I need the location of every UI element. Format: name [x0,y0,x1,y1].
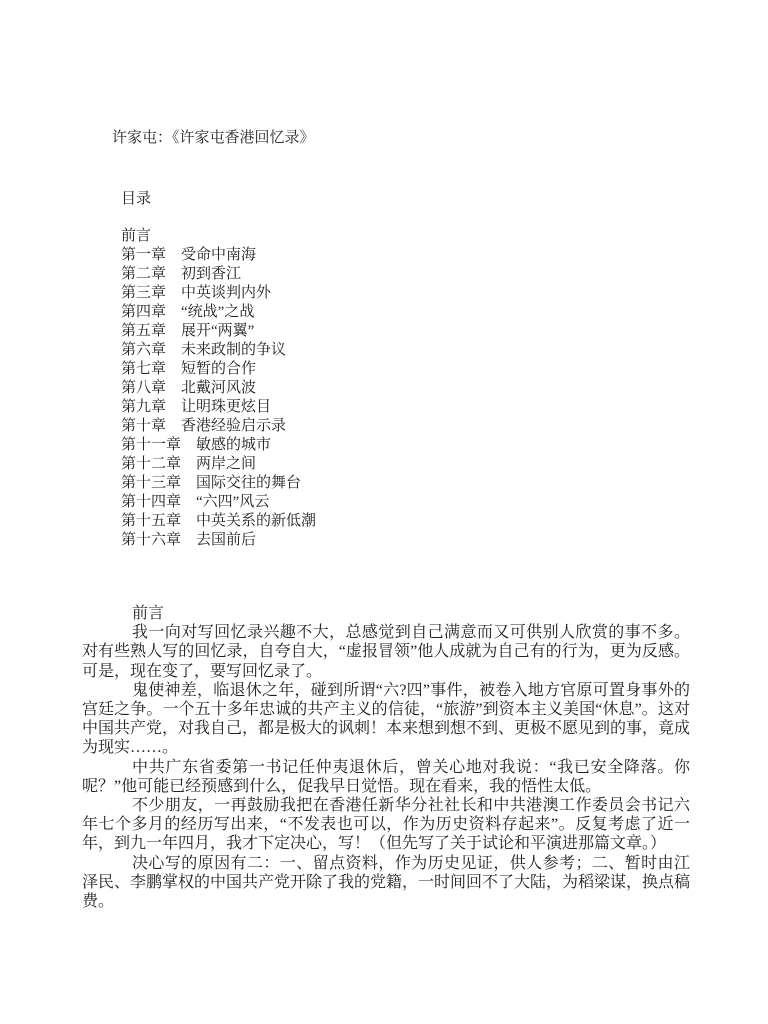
toc-item: 第二章 初到香江 [121,265,316,284]
toc-item: 第十四章 “六四”风云 [121,493,316,512]
preface-paragraphs: 我一向对写回忆录兴趣不大，总感觉到自己满意而又可供别人欣赏的事不多。对有些熟人写… [82,623,690,911]
toc-item: 第四章 “统战”之战 [121,303,316,322]
toc-item: 第七章 短暂的合作 [121,360,316,379]
toc-item: 第十三章 国际交往的舞台 [121,474,316,493]
toc-item: 第九章 让明珠更炫目 [121,398,316,417]
toc-item: 第三章 中英谈判内外 [121,284,316,303]
preface-paragraph: 我一向对写回忆录兴趣不大，总感觉到自己满意而又可供别人欣赏的事不多。对有些熟人写… [82,623,690,681]
toc-item: 第十一章 敏感的城市 [121,436,316,455]
toc-heading: 目录 [121,190,151,209]
toc-item: 第八章 北戴河风波 [121,379,316,398]
toc-item: 第六章 未来政制的争议 [121,341,316,360]
toc-item: 第十六章 去国前后 [121,531,316,550]
preface-paragraph: 不少朋友，一再鼓励我把在香港任新华分社社长和中共港澳工作委员会书记六年七个多月的… [82,796,690,854]
preface-paragraph: 决心写的原因有二：一、留点资料，作为历史见证，供人参考；二、暂时由江泽民、李鹏掌… [82,854,690,912]
preface-paragraph: 鬼使神差，临退休之年，碰到所谓“六?四”事件，被卷入地方官原可置身事外的宫廷之争… [82,681,690,758]
toc-item: 前言 [121,227,316,246]
toc-item: 第一章 受命中南海 [121,246,316,265]
preface-heading: 前言 [82,604,690,623]
toc-item: 第五章 展开“两翼” [121,322,316,341]
document-title: 许家屯：《许家屯香港回忆录》 [112,129,315,148]
toc-item: 第十五章 中英关系的新低潮 [121,512,316,531]
toc-list: 前言 第一章 受命中南海 第二章 初到香江 第三章 中英谈判内外 第四章 “统战… [121,227,316,550]
toc-item: 第十二章 两岸之间 [121,455,316,474]
memoir-document-page: 许家屯：《许家屯香港回忆录》 目录 前言 第一章 受命中南海 第二章 初到香江 … [0,0,768,1024]
preface-paragraph: 中共广东省委第一书记任仲夷退休后，曾关心地对我说：“我已安全降落。你呢？”他可能… [82,758,690,796]
toc-item: 第十章 香港经验启示录 [121,417,316,436]
document-viewer-page: { "document": { "title": "许家屯：《许家屯香港回忆录》… [0,0,768,1024]
preface-section: 前言 我一向对写回忆录兴趣不大，总感觉到自己满意而又可供别人欣赏的事不多。对有些… [82,604,690,911]
